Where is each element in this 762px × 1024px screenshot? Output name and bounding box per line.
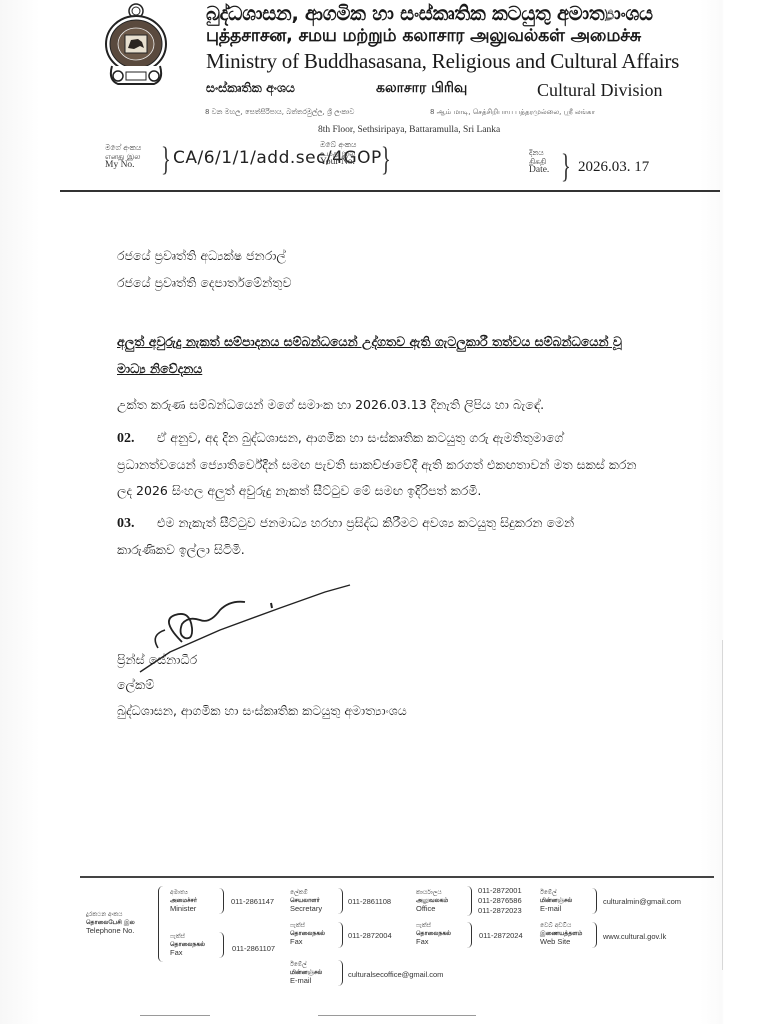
email-label: ඊමේල් மின்னஞ்சல் E-mail <box>290 961 322 985</box>
paragraph-number: 03. <box>117 516 157 532</box>
header-divider <box>60 190 720 192</box>
website-link[interactable]: www.cultural.gov.lk <box>603 932 666 942</box>
brace-icon <box>219 932 224 958</box>
signatory-name: ප්‍රින්ස් සේනාධීර <box>117 652 197 668</box>
brace-icon <box>338 922 343 948</box>
ministry-name-sinhala: බුද්ධශාසන, ආගමික හා සංස්කෘතික කටයුතු අමා… <box>206 2 653 25</box>
your-no-label: ඔබේ අංකය உமது இல Your No. <box>320 140 356 167</box>
division-sinhala: සංස්කෘතික අංශය <box>206 80 295 96</box>
office-fax: 011-2872024 <box>479 931 523 941</box>
paragraph-1: උක්ත කරුණ සම්බන්ධයෙන් මගේ සමාංක හා 2026.… <box>117 397 647 413</box>
letter-page: බුද්ධශාසන, ආගමික හා සංස්කෘතික කටයුතු අමා… <box>0 0 762 1024</box>
office-label: කාර්යාලය அலுவலகம் Office <box>416 889 448 913</box>
page-edge <box>318 1015 476 1016</box>
address-english: 8th Floor, Sethsiripaya, Battaramulla, S… <box>318 125 500 135</box>
brace-icon <box>158 886 163 962</box>
brace-icon <box>467 886 472 916</box>
date-value: 2026.03. 17 <box>578 159 649 176</box>
fax-label: ෆැක්ස් தொலைநகல் Fax <box>290 922 325 946</box>
brace-icon: } <box>161 141 171 179</box>
minister-label: අමාත්‍ය அமைச்சர் Minister <box>170 889 197 913</box>
paragraph-3-line: කාරුණිකව ඉල්ලා සිටිමි. <box>117 542 647 558</box>
signatory-organization: බුද්ධශාසන, ආගමික හා සංස්කෘතික කටයුතු අමා… <box>117 703 407 719</box>
secretary-fax: 011-2872004 <box>348 931 392 941</box>
page-edge <box>140 1015 210 1016</box>
brace-icon <box>219 888 224 914</box>
brace-icon <box>467 922 472 948</box>
minister-phone: 011-2861147 <box>231 897 274 907</box>
minister-fax: 011-2861107 <box>232 944 275 954</box>
footer-divider <box>80 876 714 878</box>
website-label: වෙබ් අඩවිය இணையத்தளம் Web Site <box>540 922 582 946</box>
paragraph-3: 03.එම නැකැත් සීට්ටුව ජනමාධ්‍ය හරහා ප්‍රස… <box>117 515 647 532</box>
brace-icon: } <box>561 148 571 186</box>
brace-icon <box>592 888 597 914</box>
telephone-label: දුරකථන අංකය தொலைபேசி இல Telephone No. <box>86 911 135 935</box>
date-label: දිනය திகதி Date. <box>529 148 549 175</box>
paragraph-2-line: ප්‍රධානත්වයෙන් ජ්‍යොතිර්වේදීන් සමඟ පැවති… <box>117 457 647 473</box>
my-no-label: මගේ අංකය எனது இல My No. <box>105 143 141 170</box>
secretary-phone: 011-2861108 <box>348 897 391 907</box>
recipient-line: රජයේ ප්‍රවෘත්ති දෙපාර්තමේන්තුව <box>117 275 291 291</box>
address-sinhala: 8 වන මහල, සෙත්සිරිපාය, බත්තරමුල්ල, ශ්‍රී… <box>205 108 354 117</box>
brace-icon <box>338 888 343 914</box>
subject-line: මාධ්‍ය නිවේදනය <box>117 361 202 377</box>
brace-icon: } <box>381 141 391 179</box>
fax-label: ෆැක්ස් தொலைநகல் Fax <box>170 933 205 957</box>
national-emblem-icon <box>98 2 174 88</box>
email-label: ඊමේල් மின்னஞ்சல் E-mail <box>540 889 572 913</box>
division-tamil: கலாசார பிரிவு <box>376 80 467 98</box>
division-english: Cultural Division <box>537 80 663 101</box>
address-tamil: 8 ஆம் மாடி, செத்சிறிபாய பத்தரமுல்லை, ஸ்ர… <box>430 108 595 117</box>
recipient-line: රජයේ ප්‍රවෘත්ති අධ්‍යක්ෂ ජනරාල් <box>117 248 286 264</box>
ministry-name-english: Ministry of Buddhasasana, Religious and … <box>206 49 679 74</box>
page-edge <box>722 640 723 970</box>
ministry-email-link[interactable]: culturalmin@gmail.com <box>603 897 681 907</box>
ministry-name-tamil: புத்தசாசன, சமய மற்றும் கலாசார அலுவல்கள் … <box>206 26 641 48</box>
fax-label: ෆැක්ස් தொலைநகல் Fax <box>416 922 451 946</box>
secretary-label: ලේකම් செயலாளர் Secretary <box>290 889 322 913</box>
paragraph-number: 02. <box>117 431 157 447</box>
secretary-email-link[interactable]: culturalsecoffice@gmail.com <box>348 970 443 980</box>
paragraph-2-line: ලද 2026 සිංහල අලුත් අවුරුදු නැකත් සීට්ටු… <box>117 483 647 499</box>
subject-line: අලුත් අවුරුදු නැකත් සම්පාදනය සම්බන්ධයෙන්… <box>117 334 622 350</box>
paragraph-2: 02.ඒ අනුව, අද දින බුද්ධශාසන, ආගමික හා සං… <box>117 430 647 447</box>
brace-icon <box>338 960 343 986</box>
signatory-title: ලේකම් <box>117 677 154 693</box>
brace-icon <box>592 922 597 948</box>
office-phones: 011-2872001 011-2876586 011-2872023 <box>478 886 522 916</box>
